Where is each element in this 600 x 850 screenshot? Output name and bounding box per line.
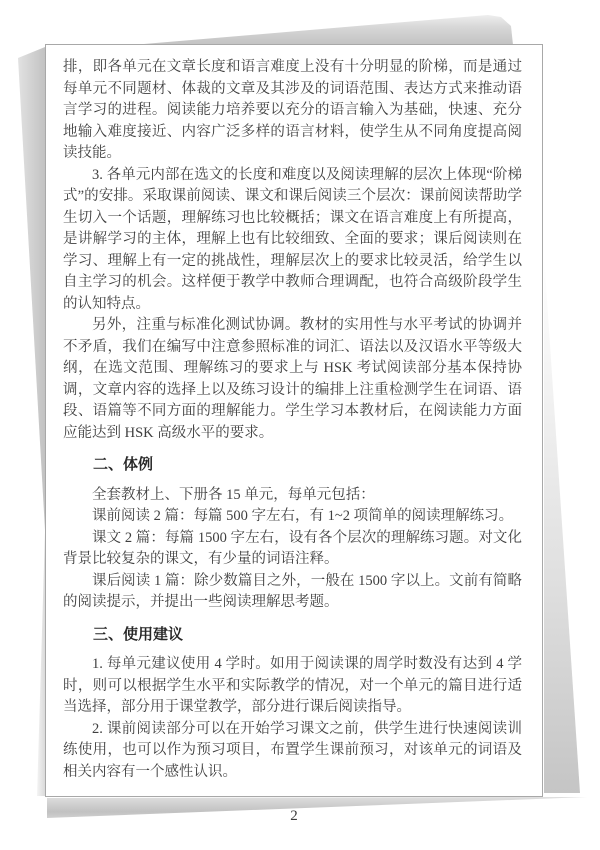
section-heading-format: 二、体例 — [63, 455, 522, 477]
page-right-shadow — [544, 255, 580, 793]
paragraph-standardization: 另外，注重与标准化测试协调。教材的实用性与水平考试的协调并不矛盾，我们在编写中注… — [63, 315, 522, 444]
paragraph-usage-1: 1. 每单元建议使用 4 学时。如用于阅读课的周学时数没有达到 4 学时，则可以… — [63, 654, 522, 719]
document-canvas: 排，即各单元在文章长度和语言难度上没有十分明显的阶梯，而是通过每单元不同题材、体… — [0, 0, 600, 850]
paragraph-usage-2: 2. 课前阅读部分可以在开始学习课文之前，供学生进行快速阅读训练使用，也可以作为… — [63, 719, 522, 784]
paragraph-format-overview: 全套教材上、下册各 15 单元，每单元包括： — [63, 485, 522, 507]
paragraph-intro-continued: 排，即各单元在文章长度和语言难度上没有十分明显的阶梯，而是通过每单元不同题材、体… — [63, 57, 522, 165]
paragraph-post-reading: 课后阅读 1 篇：除少数篇目之外，一般在 1500 字以上。文前有简略的阅读提示… — [63, 571, 522, 614]
paragraph-point-three: 3. 各单元内部在选文的长度和难度以及阅读理解的层次上体现“阶梯式”的安排。采取… — [63, 165, 522, 316]
page-stack-left-lower-shadow — [37, 532, 45, 796]
paragraph-pre-reading: 课前阅读 2 篇：每篇 500 字左右，有 1~2 项简单的阅读理解练习。 — [63, 506, 522, 528]
scanned-book-page: 排，即各单元在文章长度和语言难度上没有十分明显的阶梯，而是通过每单元不同题材、体… — [45, 44, 543, 797]
page-stack-top-edge-shadow — [130, 8, 515, 45]
section-heading-usage: 三、使用建议 — [63, 625, 522, 647]
page-number: 2 — [45, 808, 543, 825]
page-stack-left-edge-shadow — [16, 46, 45, 532]
paragraph-main-texts: 课文 2 篇：每篇 1500 字左右，设有各个层次的理解练习题。对文化背景比较复… — [63, 528, 522, 571]
